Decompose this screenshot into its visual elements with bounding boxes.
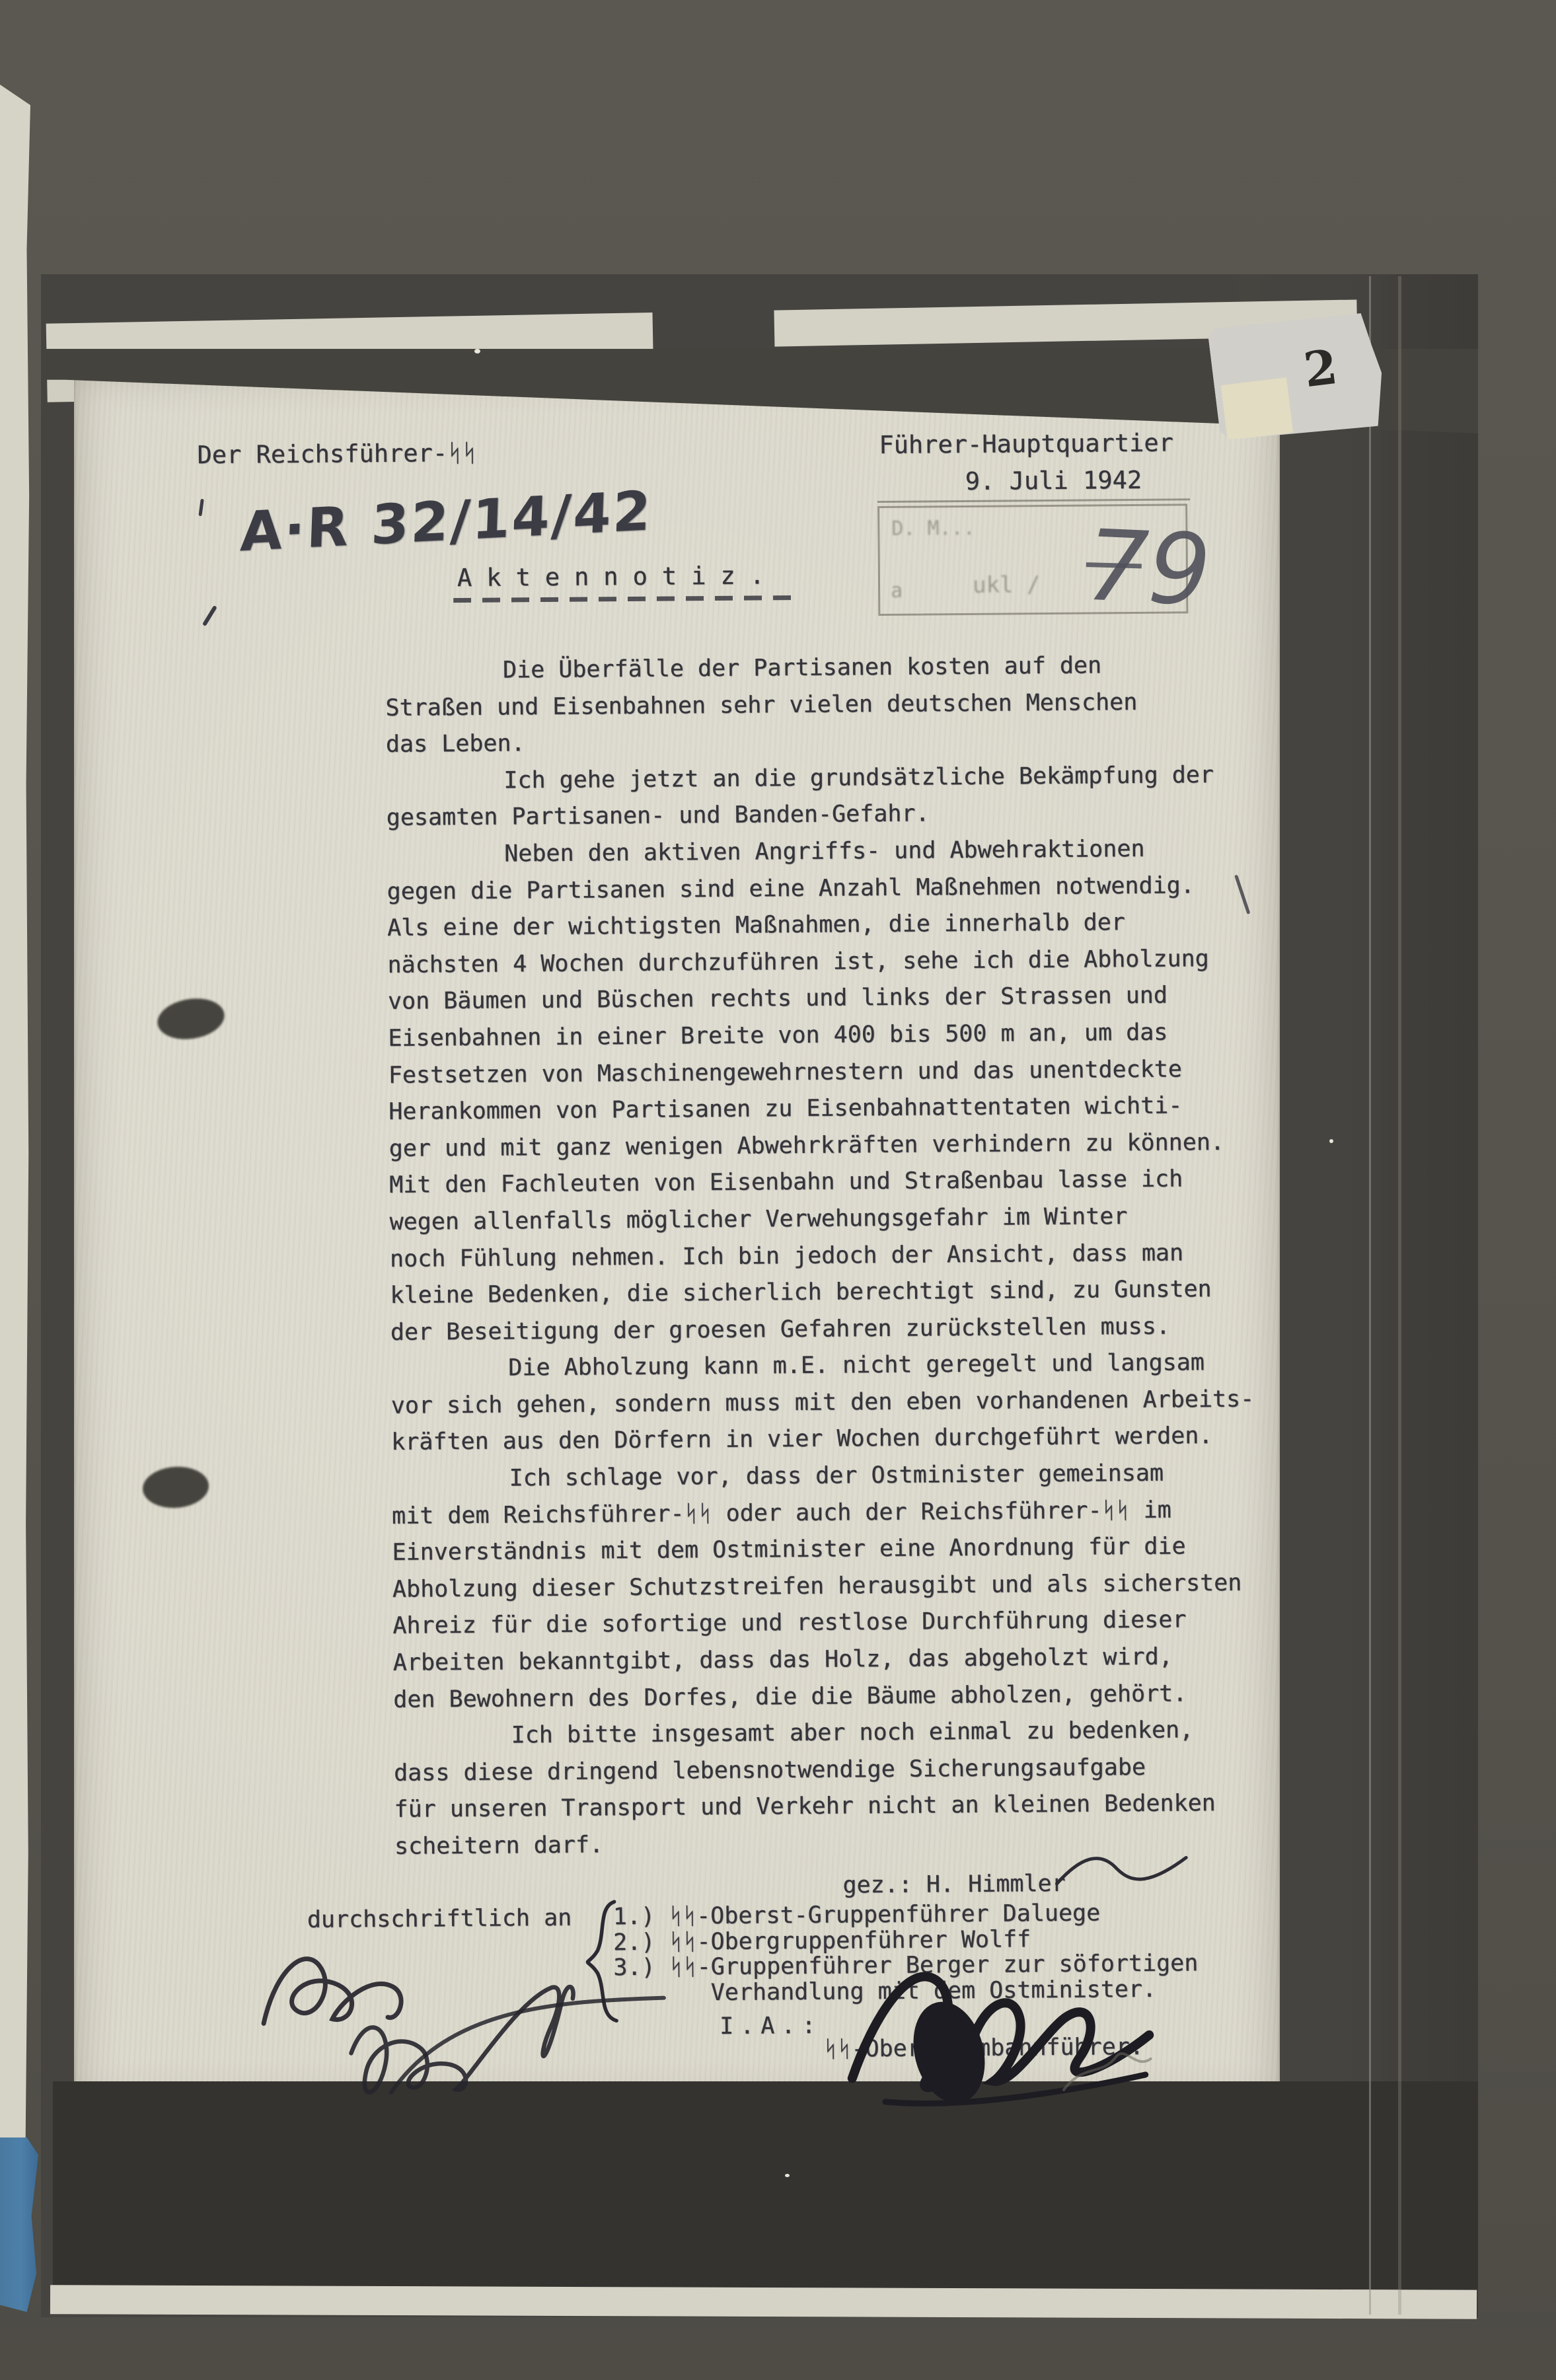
tape-cream-patch [1221, 377, 1293, 441]
document-title: Aktennotiz. [457, 561, 779, 592]
body-line: von Bäumen und Büschen rechts und links … [388, 977, 1251, 1021]
body-line: ger und mit ganz wenigen Abwehrkräften v… [389, 1124, 1253, 1168]
location-line: Führer-Hauptquartier [879, 429, 1173, 459]
body-line: Ich bitte insgesamt aber noch einmal zu … [394, 1712, 1257, 1756]
signed-line: gez.: H. Himmler [842, 1871, 1065, 1899]
body-line: nächsten 4 Wochen durchzuführen ist, seh… [387, 940, 1251, 984]
body-line: Straßen und Eisenbahnen sehr vielen deut… [385, 683, 1249, 727]
body-line: Festsetzen von Maschinengewehrnestern un… [389, 1051, 1252, 1094]
pen-mark [202, 605, 217, 626]
body-line: Abholzung dieser Schutzstreifen herausgi… [392, 1565, 1256, 1608]
stamp-number-handwritten: 79 [1084, 509, 1213, 628]
stamp-faint-text: a [891, 579, 903, 603]
body-line: Ich gehe jetzt an die grundsätzliche Bek… [386, 757, 1249, 800]
stamp-top-line [877, 498, 1190, 503]
tape-label: 2 [1207, 309, 1388, 445]
body-line: Die Überfälle der Partisanen kosten auf … [385, 647, 1249, 690]
faint-pencil-scribble [1062, 2048, 1162, 2102]
pen-mark [198, 499, 204, 516]
body-line: gegen die Partisanen sind eine Anzahl Ma… [387, 867, 1250, 911]
body-line: kleine Bedenken, die sicherlich berechti… [390, 1271, 1253, 1315]
body-line: wegen allenfalls möglicher Verwehungsgef… [389, 1198, 1253, 1242]
body-line: Mit den Fachleuten von Eisenbahn und Str… [389, 1161, 1253, 1205]
stamp-faint-text: D. M... [891, 517, 975, 540]
body-line: der Beseitigung der groesen Gefahren zur… [390, 1308, 1254, 1351]
body-line: mit dem Reichsführer-ᛋᛋ oder auch der Re… [392, 1491, 1255, 1535]
body-line: Die Abholzung kann m.E. nicht geregelt u… [390, 1345, 1254, 1388]
body-line: Ahreiz für die sofortige und restlose Du… [392, 1602, 1256, 1645]
body-line: den Bewohnern des Dorfes, die die Bäume … [393, 1675, 1257, 1719]
stamp-faint-text: ukl / [973, 572, 1041, 599]
body-line: noch Fühlung nehmen. Ich bin jedoch der … [390, 1234, 1253, 1278]
body-line: Herankommen von Partisanen zu Eisenbahna… [389, 1088, 1252, 1131]
body-line: kräften aus den Dörfern in vier Wochen d… [391, 1418, 1255, 1462]
body-line: gesamten Partisanen- und Banden-Gefahr. [387, 794, 1250, 837]
body-line: Ich schlage vor, dass der Ostminister ge… [391, 1455, 1255, 1499]
page-number: 2 [1301, 338, 1341, 398]
body-line: dass diese dringend lebensnotwendige Sic… [394, 1748, 1257, 1792]
body-lines: Die Überfälle der Partisanen kosten auf … [385, 647, 1258, 1866]
title-dashed-underline [453, 595, 800, 603]
body-line: für unseren Transport und Verkehr nicht … [394, 1785, 1257, 1829]
body-line: Arbeiten bekanntgibt, dass das Holz, das… [393, 1639, 1257, 1682]
body-line: Neben den aktiven Angriffs- und Abwehrak… [387, 831, 1250, 874]
body-line: das Leben. [386, 720, 1249, 764]
file-reference-handwritten: A·R 32/14/42 [239, 480, 653, 564]
scanned-document-photo: Der Reichsführer-ᛋᛋ Führer-Hauptquartier… [0, 0, 1556, 2380]
sender-line: Der Reichsführer-ᛋᛋ [197, 439, 476, 469]
handwritten-initials [251, 1921, 688, 2122]
himmler-pen-stroke [1054, 1848, 1193, 1896]
date-line: 9. Juli 1942 [965, 466, 1142, 496]
body-line: Einverständnis mit dem Ostminister eine … [392, 1528, 1255, 1572]
body-line: Eisenbahnen in einer Breite von 400 bis … [388, 1014, 1251, 1058]
body-line: Als eine der wichtigsten Maßnahmen, die … [387, 904, 1251, 948]
body-line: vor sich gehen, sondern muss mit den ebe… [391, 1381, 1255, 1425]
per-pro-label: I.A.: [720, 2013, 823, 2040]
